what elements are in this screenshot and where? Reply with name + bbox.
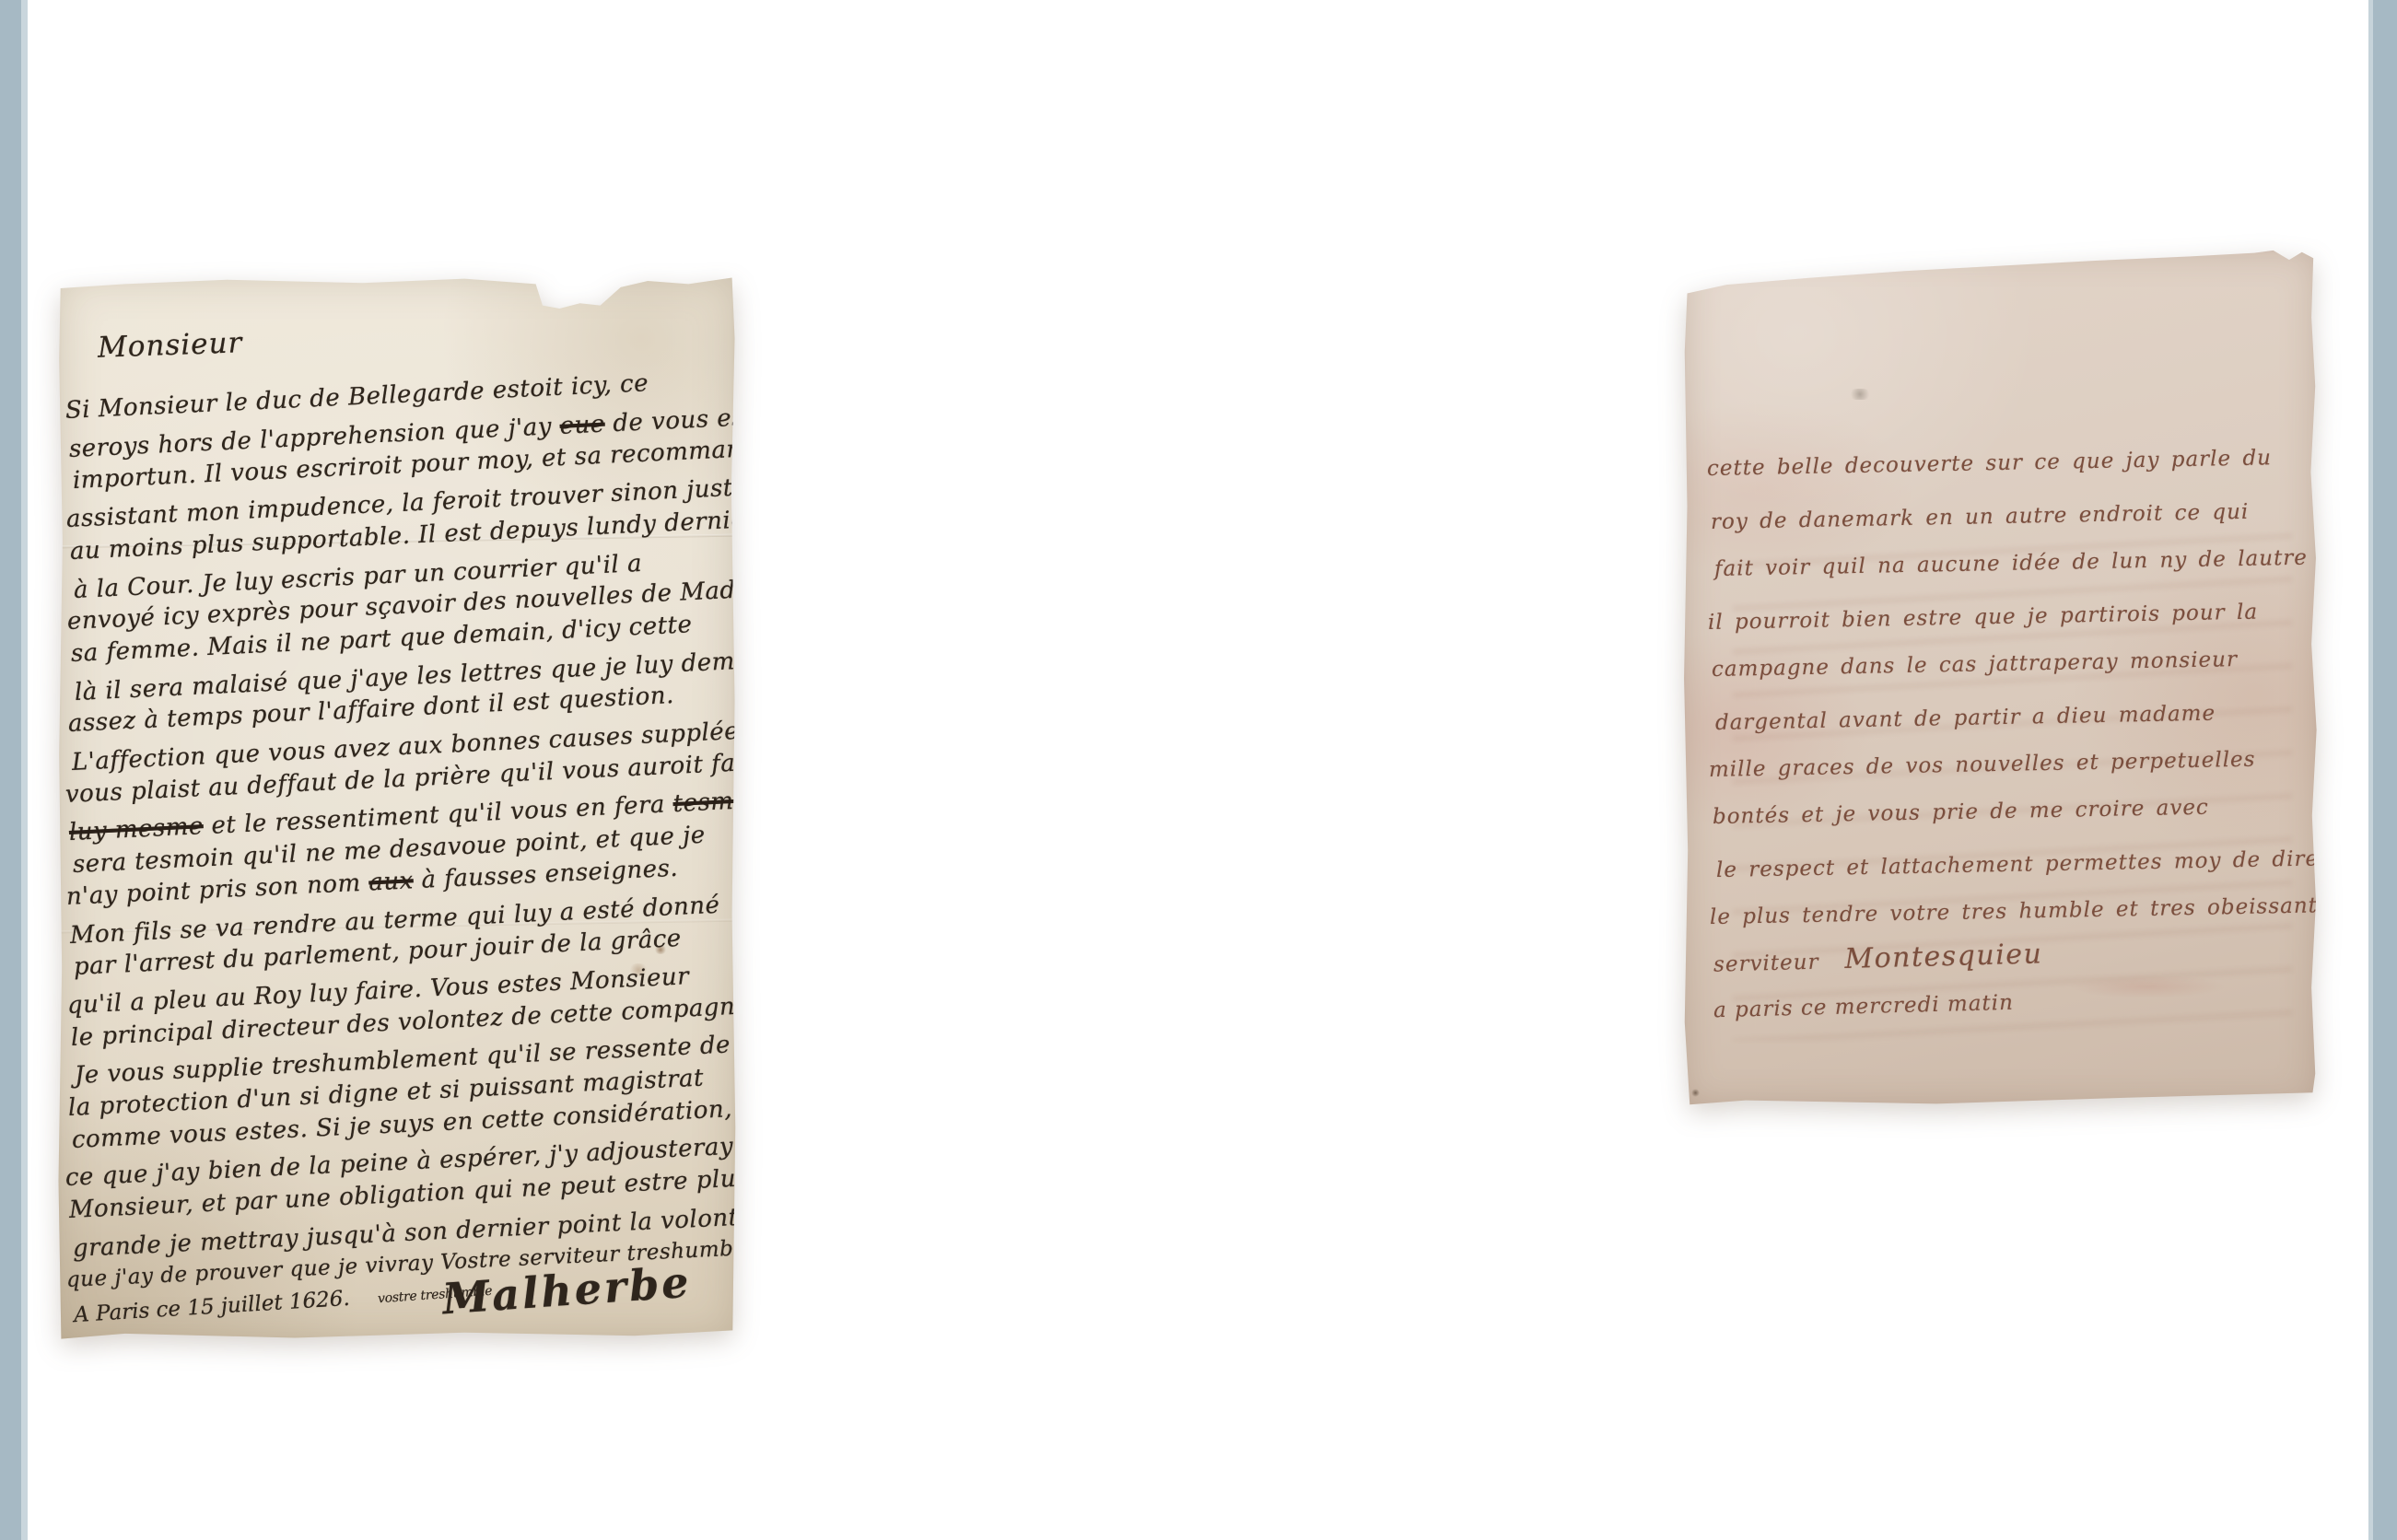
page-edge-strip-right [2368, 0, 2397, 1540]
struck-text: luy mesme [68, 813, 204, 847]
struck-text: aux [368, 867, 415, 896]
manuscript-text: de vous estre [604, 402, 736, 437]
page-edge-strip-left [0, 0, 28, 1540]
montesquieu-letter-paper: cette belle decouverte sur ce que jay pa… [1682, 249, 2318, 1108]
show-through-smudge [2069, 974, 2226, 998]
malherbe-letter-photo: Monsieur Si Monsieur le duc de Bellegard… [57, 274, 736, 1341]
paper-stain [1848, 389, 1872, 400]
catalog-page: Monsieur Si Monsieur le duc de Bellegard… [0, 0, 2397, 1540]
salutation-line: Monsieur [98, 329, 243, 362]
montesquieu-letter-photo: cette belle decouverte sur ce que jay pa… [1682, 249, 2318, 1108]
closing-word: serviteur [1713, 951, 1819, 977]
paper-stain [1691, 1089, 1700, 1097]
struck-text: eue [559, 410, 605, 439]
signature-montesquieu: Montesquieu [1844, 938, 2043, 975]
malherbe-letter-paper: Monsieur Si Monsieur le duc de Bellegard… [57, 274, 736, 1341]
struck-text: tesmoigner [672, 784, 736, 818]
manuscript-line: cette belle decouverte sur ce que jay pa… [1707, 447, 2272, 481]
date-line: A Paris ce 15 juillet 1626. [74, 1289, 351, 1326]
